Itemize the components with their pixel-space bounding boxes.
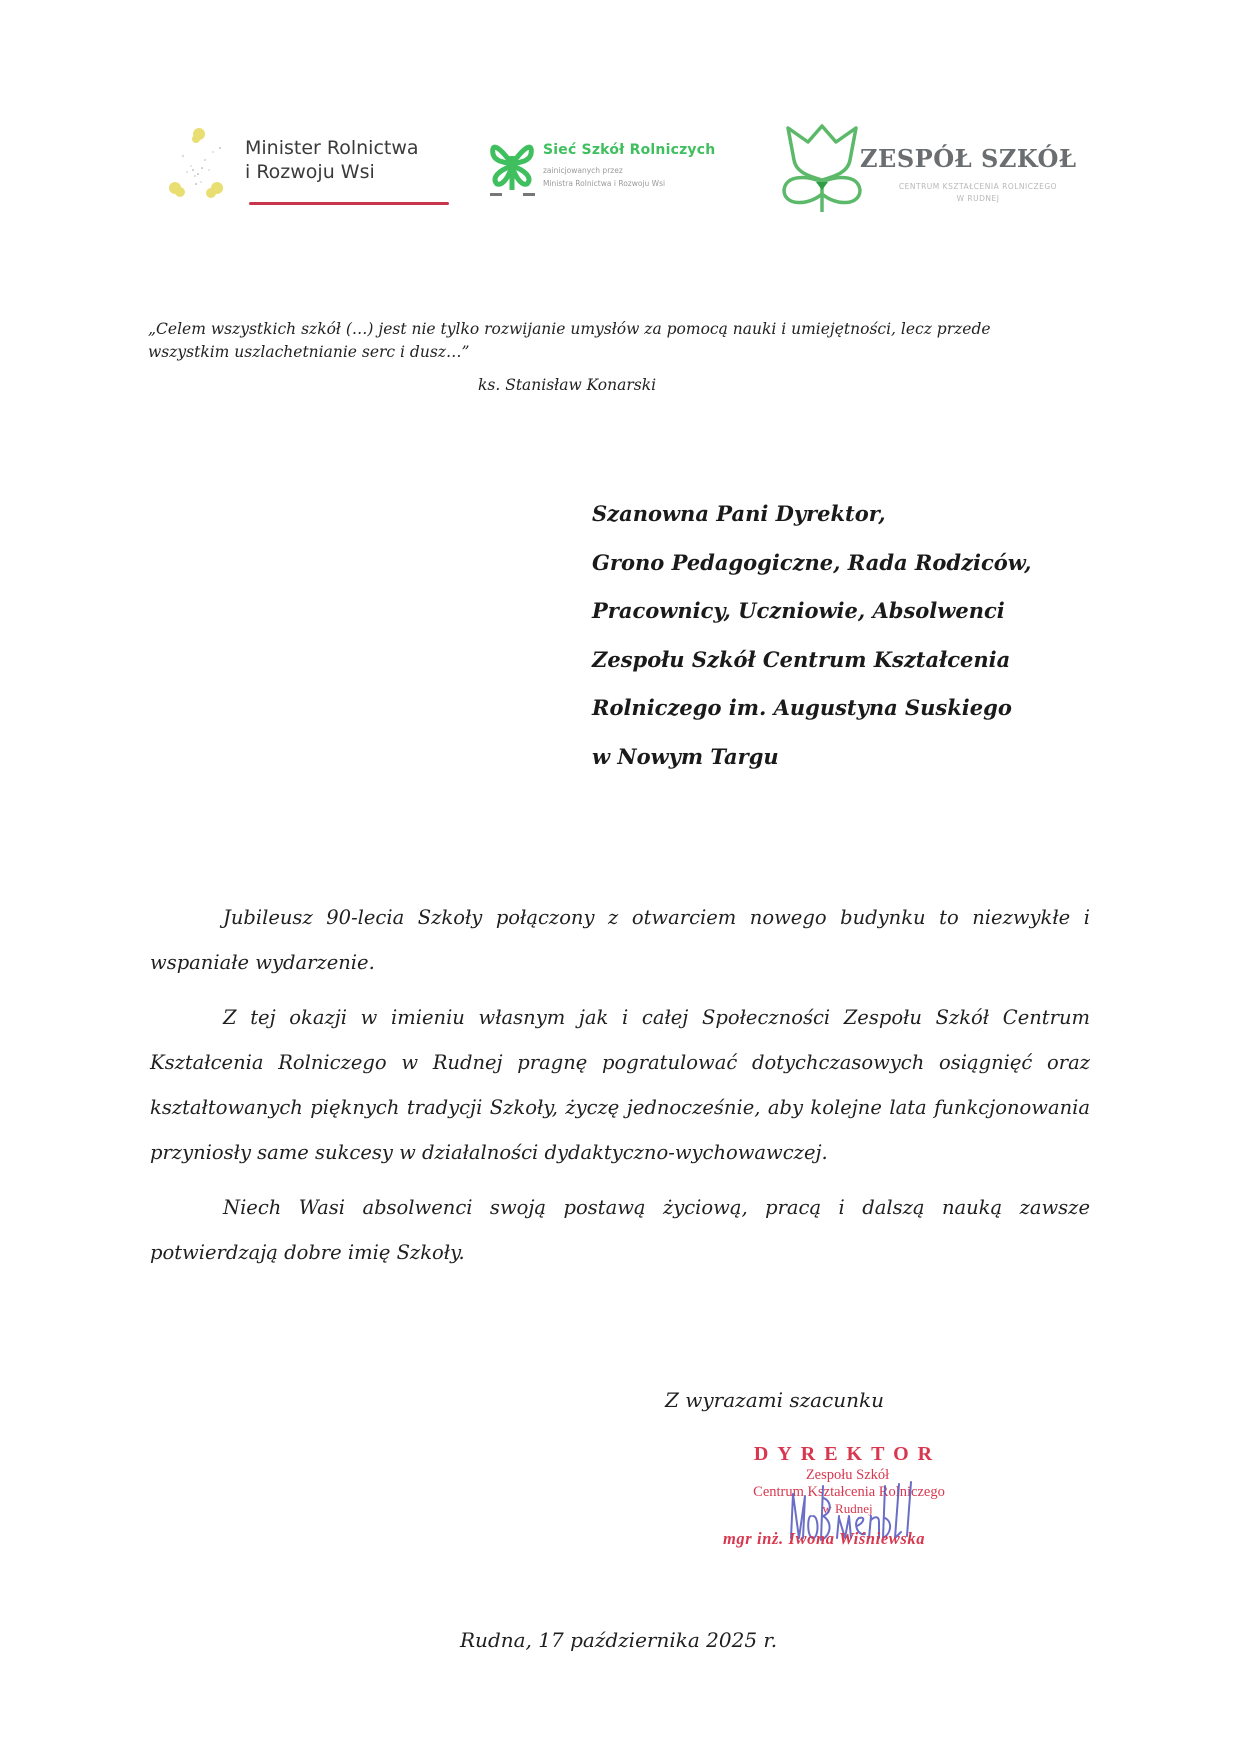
network-title: Sieć Szkół Rolniczych bbox=[543, 142, 715, 158]
network-subtitle-line2: Ministra Rolnictwa i Rozwoju Wsi bbox=[543, 179, 665, 188]
body-paragraph: Niech Wasi absolwenci swoją postawą życi… bbox=[150, 1185, 1090, 1275]
ministry-logo: Minister Rolnictwa i Rozwoju Wsi bbox=[165, 126, 455, 211]
closing-phrase: Z wyrazami szacunku bbox=[665, 1388, 884, 1412]
stamp-title: DYREKTOR bbox=[725, 1443, 970, 1466]
stamp-signatory-name: mgr inż. Iwona Wiśniewska bbox=[723, 1529, 925, 1549]
school-subtitle-line2: W RUDNEJ bbox=[860, 194, 1096, 203]
director-stamp: DYREKTOR Zespołu Szkół Centrum Kształcen… bbox=[725, 1443, 995, 1563]
school-logo: ZESPÓŁ SZKÓŁ CENTRUM KSZTAŁCENIA ROLNICZ… bbox=[778, 120, 1098, 220]
ministry-name: Minister Rolnictwa i Rozwoju Wsi bbox=[245, 136, 419, 184]
salutation-block: Szanowna Pani Dyrektor, Grono Pedagogicz… bbox=[592, 490, 1031, 781]
salutation-line: w Nowym Targu bbox=[592, 733, 1031, 782]
ministry-accent-bar bbox=[249, 202, 449, 205]
salutation-line: Rolniczego im. Augustyna Suskiego bbox=[592, 684, 1031, 733]
ministry-name-line2: i Rozwoju Wsi bbox=[245, 160, 419, 184]
school-title: ZESPÓŁ SZKÓŁ bbox=[860, 144, 1077, 173]
agricultural-schools-network-logo: Sieć Szkół Rolniczych zainicjowanych prz… bbox=[487, 136, 747, 202]
clover-emblem-icon bbox=[487, 136, 537, 198]
salutation-line: Zespołu Szkół Centrum Kształcenia bbox=[592, 636, 1031, 685]
body-paragraph: Z tej okazji w imieniu własnym jak i cał… bbox=[150, 995, 1090, 1175]
epigraph-quote: „Celem wszystkich szkół (…) jest nie tyl… bbox=[148, 318, 1028, 364]
salutation-line: Szanowna Pani Dyrektor, bbox=[592, 490, 1031, 539]
network-subtitle-line1: zainicjowanych przez bbox=[543, 166, 623, 175]
tulip-emblem-icon bbox=[778, 120, 868, 215]
letter-body: Jubileusz 90-lecia Szkoły połączony z ot… bbox=[150, 895, 1090, 1275]
place-and-date: Rudna, 17 października 2025 r. bbox=[460, 1628, 777, 1652]
salutation-line: Grono Pedagogiczne, Rada Rodziców, bbox=[592, 539, 1031, 588]
school-subtitle-line1: CENTRUM KSZTAŁCENIA ROLNICZEGO bbox=[860, 182, 1096, 191]
ministry-emblem-icon bbox=[165, 126, 237, 206]
salutation-line: Pracownicy, Uczniowie, Absolwenci bbox=[592, 587, 1031, 636]
epigraph-author: ks. Stanisław Konarski bbox=[478, 376, 656, 394]
ministry-name-line1: Minister Rolnictwa bbox=[245, 136, 419, 160]
body-paragraph: Jubileusz 90-lecia Szkoły połączony z ot… bbox=[150, 895, 1090, 985]
